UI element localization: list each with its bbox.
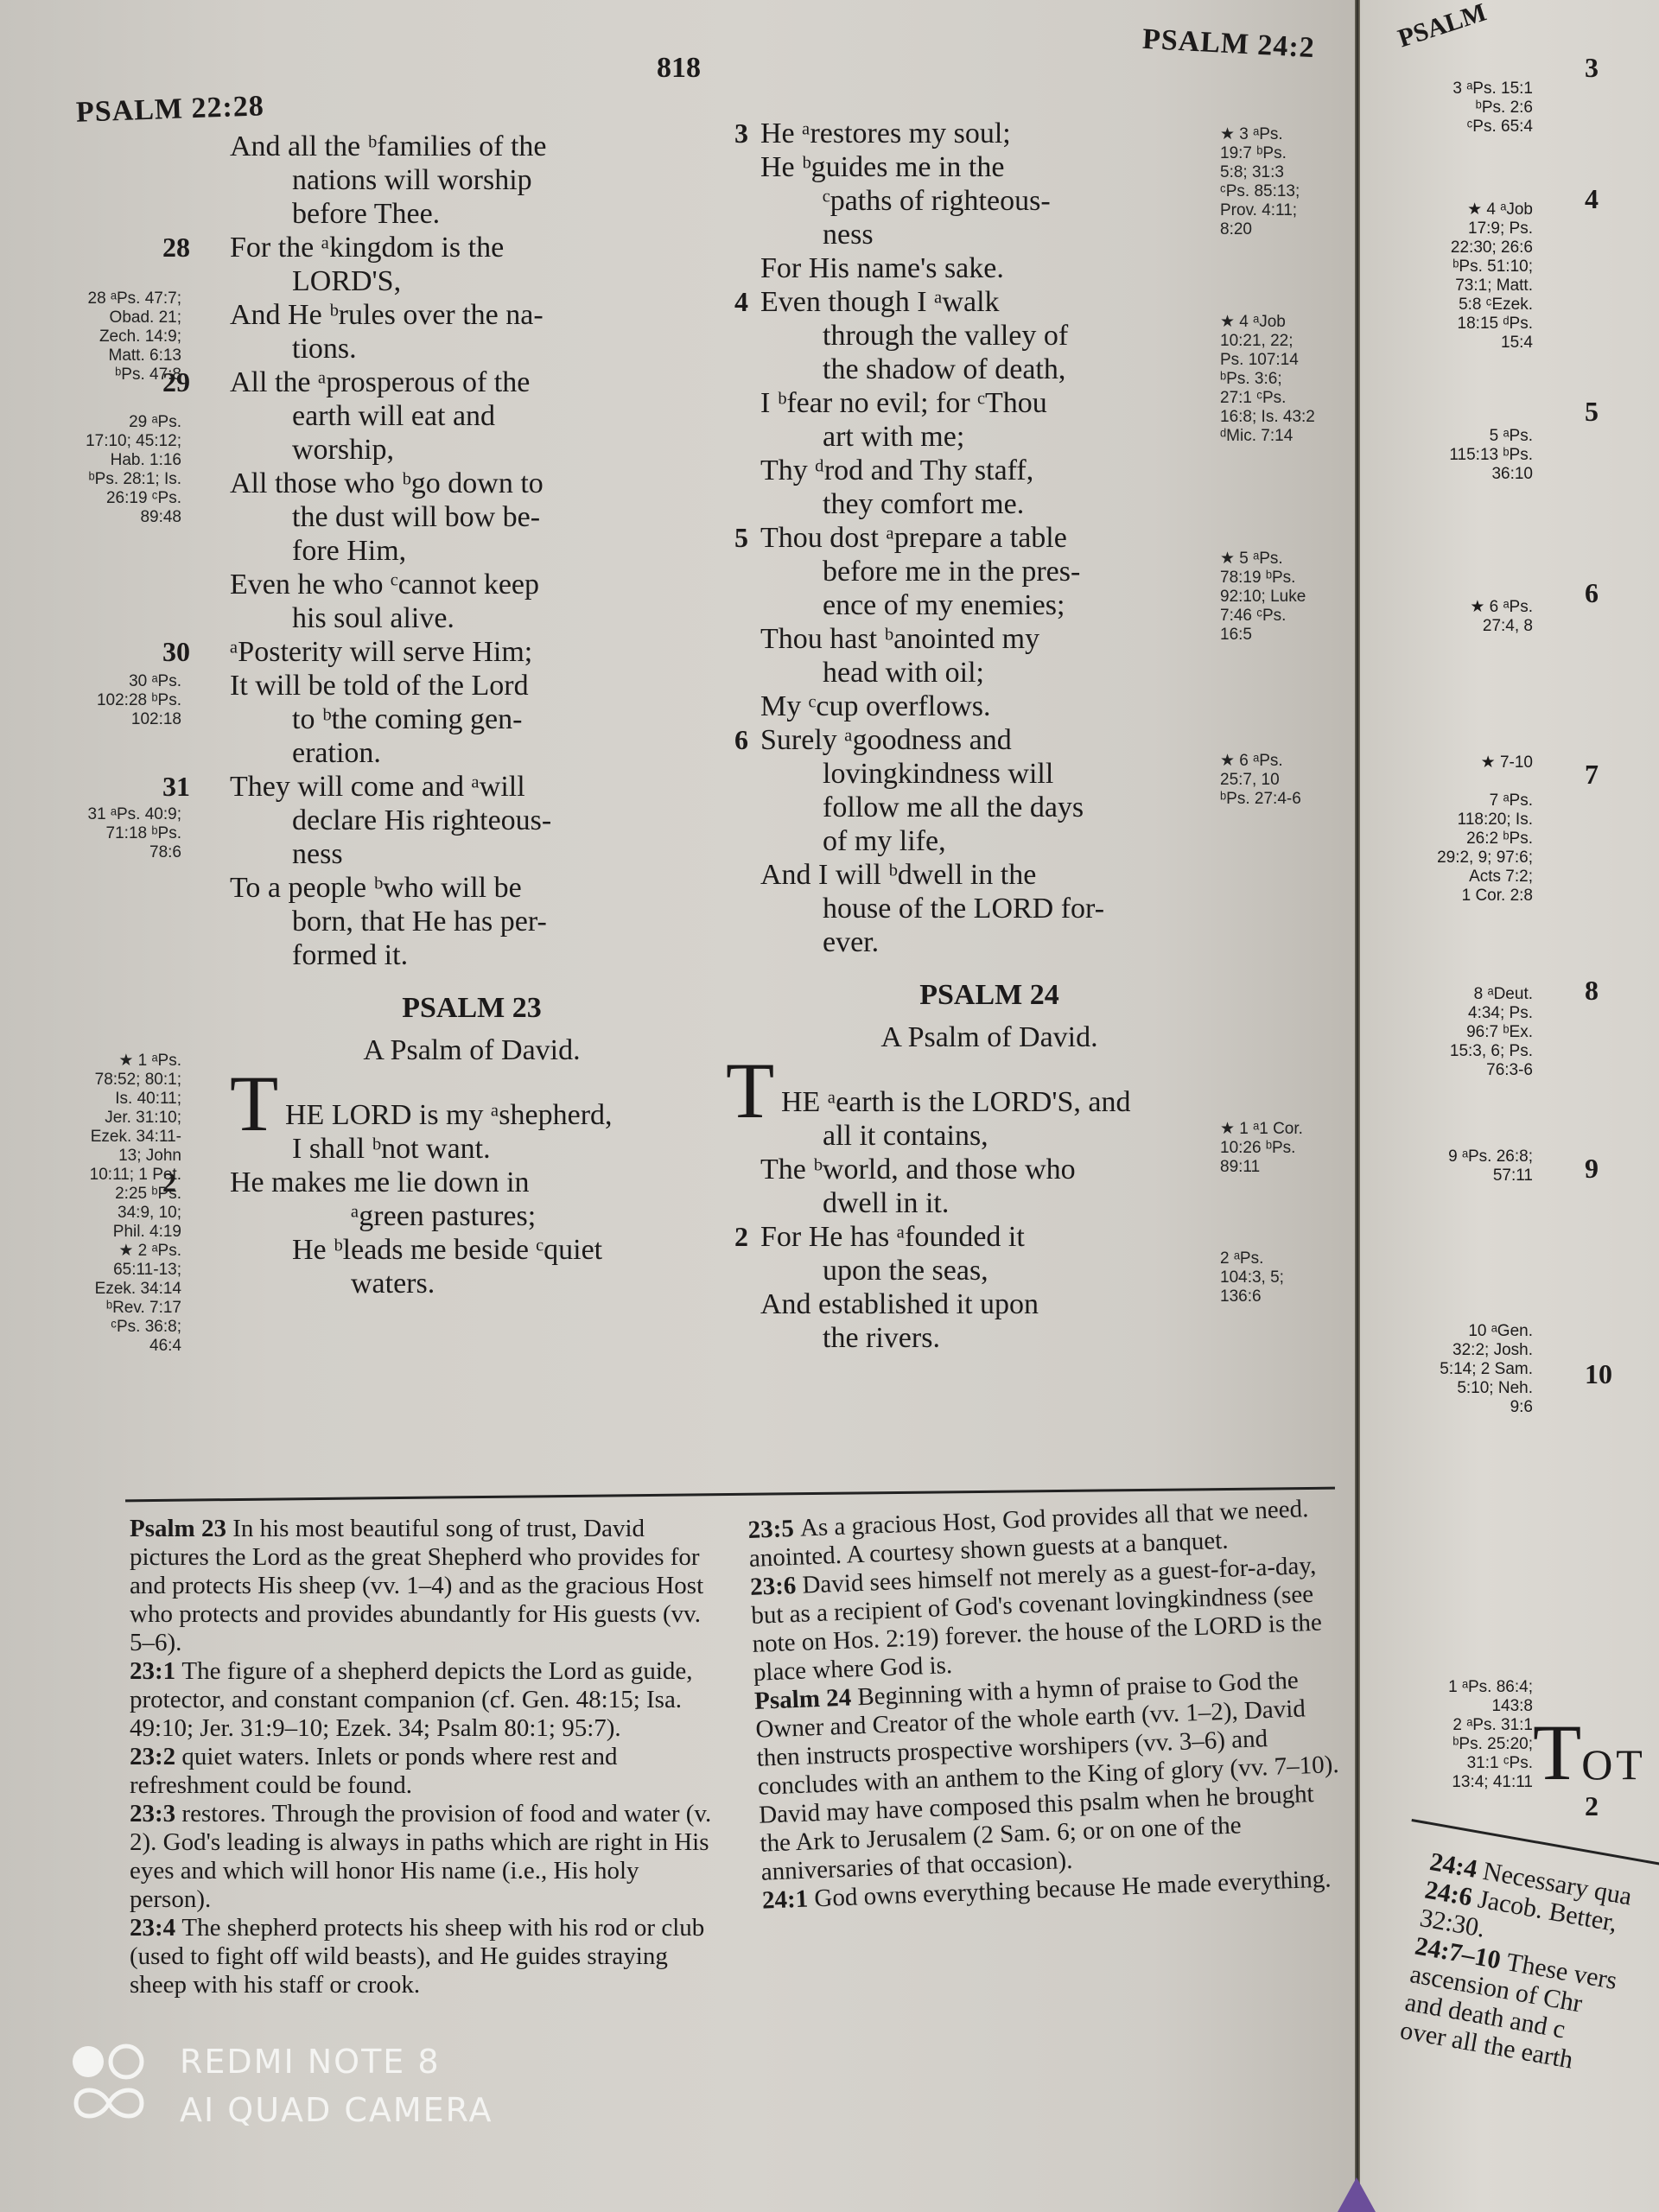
cross-reference: 22:30; 26:6	[1395, 238, 1533, 257]
cross-reference-block: ★ 7-10	[1395, 753, 1533, 772]
cross-reference: ★ 1 ᵃ1 Cor.	[1220, 1120, 1350, 1139]
note-reference: 23:5	[747, 1515, 801, 1544]
verse-text: And all the ᵇfamilies of the	[230, 130, 546, 162]
cross-reference: 1 ᵃPs. 86:4;	[1395, 1678, 1533, 1697]
cross-reference: 5 ᵃPs.	[1395, 427, 1533, 446]
verse-text: ᵃgreen pastures;	[351, 1200, 536, 1232]
cross-reference: 71:18 ᵇPs.	[52, 824, 181, 843]
verse-number: 3	[734, 117, 748, 150]
verse-text: I shall ᵇnot want.	[292, 1133, 491, 1165]
verse-number: 30	[162, 635, 190, 669]
verse-line: Thy ᵈrod and Thy staff,	[760, 454, 1218, 487]
verse-text: the dust will bow be-	[292, 501, 540, 533]
verse-text: they comfort me.	[823, 488, 1024, 520]
scripture-column-left: And all the ᵇfamilies of thenations will…	[230, 130, 714, 1300]
verse-text: declare His righteous-	[292, 804, 551, 836]
cross-reference: 32:2; Josh.	[1395, 1341, 1533, 1360]
study-note: Psalm 24 Beginning with a hymn of praise…	[754, 1665, 1353, 1887]
cross-reference: ᶜPs. 85:13;	[1220, 182, 1350, 201]
cross-reference: 27:1 ᶜPs.	[1220, 389, 1350, 408]
right-page: PSALM TOT 24:4 Necessary qua24:6 Jacob. …	[1360, 0, 1659, 2212]
cross-reference: 78:6	[52, 843, 181, 862]
cross-reference: 5:8; 31:3	[1220, 163, 1350, 182]
drop-cap-rest: OT	[1581, 1740, 1646, 1789]
verse-text: of my life,	[823, 825, 946, 857]
cross-reference: ★ 4 ᵃJob	[1395, 200, 1533, 219]
verse-text: follow me all the days	[823, 791, 1084, 823]
note-text: The figure of a shepherd depicts the Lor…	[130, 1657, 693, 1742]
cross-reference: 1 Cor. 2:8	[1395, 887, 1533, 906]
verse-line: ᵃgreen pastures;	[230, 1199, 714, 1233]
cross-reference: 13; John	[52, 1147, 181, 1166]
running-head-right: PSALM 24:2	[1141, 23, 1316, 65]
cross-reference: ᵇRev. 7:17	[52, 1299, 181, 1318]
verse-line: dwell in it.	[760, 1186, 1218, 1220]
cross-reference: 5:8 ᶜEzek.	[1395, 296, 1533, 315]
note-reference: Psalm 24	[754, 1683, 858, 1715]
scripture-column-middle: 3He ᵃrestores my soul;He ᵇguides me in t…	[760, 117, 1218, 1355]
verse-text: nations will worship	[292, 164, 532, 196]
watermark-model: REDMI NOTE 8	[180, 2043, 441, 2081]
cross-reference: 17:10; 45:12;	[52, 432, 181, 451]
cross-reference: 102:28 ᵇPs.	[52, 691, 181, 710]
verse-text: art with me;	[823, 421, 964, 453]
verse-number: 10	[1585, 1358, 1612, 1390]
verse-text: born, that He has per-	[292, 906, 547, 938]
verse-text: And He ᵇrules over the na-	[230, 299, 543, 331]
note-reference: 23:2	[130, 1743, 181, 1770]
cross-reference: 65:11-13;	[52, 1261, 181, 1280]
cross-reference: 73:1; Matt.	[1395, 276, 1533, 296]
cross-reference: 4:34; Ps.	[1395, 1004, 1533, 1023]
cross-reference: ᵇPs. 51:10;	[1395, 257, 1533, 276]
verse-text: Even though I ᵃwalk	[760, 286, 1000, 318]
verse-line: declare His righteous-	[230, 804, 714, 837]
verse-text: house of the LORD for-	[823, 893, 1104, 925]
verse-line: 2He makes me lie down in	[230, 1166, 714, 1199]
cross-reference-block: ★ 1 ᵃ1 Cor.10:26 ᵇPs.89:11	[1220, 1120, 1350, 1177]
verse-number: 4	[1585, 183, 1599, 215]
verse-text: ence of my enemies;	[823, 589, 1065, 621]
cross-reference-block: 30 ᵃPs.102:28 ᵇPs.102:18	[52, 672, 181, 729]
verse-line: earth will eat and	[230, 399, 714, 433]
verse-line: I shall ᵇnot want.	[230, 1132, 714, 1166]
verse-line: house of the LORD for-	[760, 892, 1218, 925]
note-text: David sees himself not merely as a guest…	[751, 1552, 1323, 1687]
verse-number: 28	[162, 231, 190, 264]
verse-line: fore Him,	[230, 534, 714, 568]
verse-text: He ᵃrestores my soul;	[760, 118, 1011, 149]
cross-reference: 115:13 ᵇPs.	[1395, 446, 1533, 465]
verse-line: they comfort me.	[760, 487, 1218, 521]
spacer	[760, 1070, 1218, 1085]
verse-number: 7	[1585, 759, 1599, 791]
verse-line: 5Thou dost ᵃprepare a table	[760, 521, 1218, 555]
cross-reference: Hab. 1:16	[52, 451, 181, 470]
verse-line: the shadow of death,	[760, 353, 1218, 386]
verse-line: the rivers.	[760, 1321, 1218, 1355]
cross-reference: 92:10; Luke	[1220, 588, 1350, 607]
cross-reference: ᵇPs. 3:6;	[1220, 370, 1350, 389]
note-reference: Psalm 23	[130, 1515, 232, 1542]
verse-number: 2	[734, 1220, 748, 1254]
study-notes-left: Psalm 23 In his most beautiful song of t…	[130, 1515, 717, 1999]
cross-reference: 16:5	[1220, 626, 1350, 645]
verse-text: Thou hast ᵇanointed my	[760, 623, 1039, 655]
cross-reference-block: 2 ᵃPs.104:3, 5;136:6	[1220, 1249, 1350, 1306]
verse-text: Thou dost ᵃprepare a table	[760, 522, 1067, 554]
cross-reference: ᵇPs. 47:8	[52, 365, 181, 385]
verse-text: lovingkindness will	[823, 758, 1053, 790]
verse-text: the rivers.	[823, 1322, 940, 1354]
cross-reference: 29 ᵃPs.	[52, 413, 181, 432]
cross-reference: 96:7 ᵇEx.	[1395, 1023, 1533, 1042]
verse-line: I ᵇfear no evil; for ᶜThou	[760, 386, 1218, 420]
cross-reference: 2 ᵃPs. 31:1	[1395, 1716, 1533, 1735]
verse-text: LORD'S,	[292, 265, 401, 297]
verse-text: dwell in it.	[823, 1187, 949, 1219]
cross-reference: 27:4, 8	[1395, 617, 1533, 636]
cross-reference: 9 ᵃPs. 26:8;	[1395, 1147, 1533, 1166]
cross-reference: 15:3, 6; Ps.	[1395, 1042, 1533, 1061]
cross-reference: 8 ᵃDeut.	[1395, 985, 1533, 1004]
verse-text: his soul alive.	[292, 602, 454, 634]
cross-reference-block: ★ 4 ᵃJob10:21, 22;Ps. 107:14ᵇPs. 3:6;27:…	[1220, 313, 1350, 446]
cross-reference: 15:4	[1395, 334, 1533, 353]
verse-text: They will come and ᵃwill	[230, 771, 525, 803]
cross-reference-block: ★ 1 ᵃPs.78:52; 80:1;Is. 40:11;Jer. 31:10…	[52, 1052, 181, 1356]
cross-reference: ★ 3 ᵃPs.	[1220, 125, 1350, 144]
verse-text: He ᵇguides me in the	[760, 151, 1004, 183]
verse-line: 30ᵃPosterity will serve Him;	[230, 635, 714, 669]
verse-line: ness	[760, 218, 1218, 251]
cross-reference: Ps. 107:14	[1220, 351, 1350, 370]
cross-reference: 89:11	[1220, 1158, 1350, 1177]
verse-text: before Thee.	[292, 198, 440, 230]
cross-reference: 26:2 ᵇPs.	[1395, 829, 1533, 849]
verse-line: 2For He has ᵃfounded it	[760, 1220, 1218, 1254]
verse-line: 31They will come and ᵃwill	[230, 770, 714, 804]
cross-reference: 118:20; Is.	[1395, 810, 1533, 829]
verse-line: eration.	[230, 736, 714, 770]
note-reference: 23:6	[750, 1572, 804, 1601]
verse-text: upon the seas,	[823, 1255, 988, 1287]
study-note: 23:1 The figure of a shepherd depicts th…	[130, 1657, 717, 1743]
cross-reference-block: ★ 3 ᵃPs.19:7 ᵇPs.5:8; 31:3ᶜPs. 85:13;Pro…	[1220, 125, 1350, 239]
drop-cap-letter: T	[1533, 1708, 1581, 1796]
verse-text: My ᶜcup overflows.	[760, 690, 991, 722]
verse-number: 9	[1585, 1153, 1599, 1185]
cross-reference: 10:11; 1 Pet.	[52, 1166, 181, 1185]
verse-number: 8	[1585, 975, 1599, 1007]
watermark-camera: AI QUAD CAMERA	[180, 2091, 493, 2129]
cross-reference: 26:19 ᶜPs.	[52, 489, 181, 508]
cross-reference: ᵇPs. 28:1; Is.	[52, 470, 181, 489]
verse-line: to ᵇthe coming gen-	[230, 702, 714, 736]
footnote-divider	[125, 1487, 1335, 1503]
verse-text: For His name's sake.	[760, 252, 1004, 284]
verse-text: eration.	[292, 737, 381, 769]
cross-reference-block: 5 ᵃPs.115:13 ᵇPs.36:10	[1395, 427, 1533, 484]
verse-text: waters.	[351, 1268, 435, 1300]
cross-reference: 76:3-6	[1395, 1061, 1533, 1080]
note-reference: 23:3	[130, 1800, 181, 1827]
verse-line: It will be told of the Lord	[230, 669, 714, 702]
verse-text: tions.	[292, 333, 357, 365]
cross-reference-block: ★ 4 ᵃJob17:9; Ps.22:30; 26:6ᵇPs. 51:10;7…	[1395, 200, 1533, 353]
verse-number: 6	[734, 723, 748, 757]
verse-text: All the ᵃprosperous of the	[230, 366, 530, 398]
cross-reference: 7 ᵃPs.	[1395, 791, 1533, 810]
psalm-superscription: A Psalm of David.	[760, 1020, 1218, 1054]
verse-text: ᵃPosterity will serve Him;	[230, 636, 532, 668]
study-note: 23:3 restores. Through the provision of …	[130, 1800, 717, 1914]
verse-line: He ᵇguides me in the	[760, 150, 1218, 184]
verse-line: ence of my enemies;	[760, 588, 1218, 622]
cross-reference-block: ★ 6 ᵃPs.27:4, 8	[1395, 598, 1533, 636]
verse-line: of my life,	[760, 824, 1218, 858]
study-notes-middle: 23:5 As a gracious Host, God provides al…	[747, 1494, 1354, 1916]
cross-reference: 10 ᵃGen.	[1395, 1322, 1533, 1341]
cross-reference: 25:7, 10	[1220, 771, 1350, 790]
cross-reference: 136:6	[1220, 1287, 1350, 1306]
psalm-heading: PSALM 24	[760, 978, 1218, 1012]
verse-line: waters.	[230, 1267, 714, 1300]
verse-text: through the valley of	[823, 320, 1068, 352]
cross-reference: 78:19 ᵇPs.	[1220, 569, 1350, 588]
cross-reference: 18:15 ᵈPs.	[1395, 315, 1533, 334]
cross-reference: ★ 4 ᵃJob	[1220, 313, 1350, 332]
note-reference: 23:4	[130, 1914, 181, 1942]
verse-text: Even he who ᶜcannot keep	[230, 569, 539, 601]
verse-text: Thy ᵈrod and Thy staff,	[760, 454, 1033, 486]
verse-text: fore Him,	[292, 535, 406, 567]
cross-reference: 16:8; Is. 43:2	[1220, 408, 1350, 427]
verse-line: 29All the ᵃprosperous of the	[230, 365, 714, 399]
verse-line: head with oil;	[760, 656, 1218, 690]
verse-text: HE ᵃearth is the LORD'S, and	[781, 1086, 1130, 1118]
verse-text: For the ᵃkingdom is the	[230, 232, 504, 264]
cross-reference: Ezek. 34:14	[52, 1280, 181, 1299]
verse-number: 2	[1585, 1790, 1599, 1822]
cross-reference-block: 8 ᵃDeut.4:34; Ps.96:7 ᵇEx.15:3, 6; Ps.76…	[1395, 985, 1533, 1080]
verse-text: ness	[292, 838, 343, 870]
verse-line: And all the ᵇfamilies of the	[230, 130, 714, 163]
verse-text: I ᵇfear no evil; for ᶜThou	[760, 387, 1047, 419]
verse-number: 3	[1585, 52, 1599, 84]
verse-line: follow me all the days	[760, 791, 1218, 824]
verse-line: all it contains,	[760, 1119, 1218, 1153]
verse-text: worship,	[292, 434, 394, 466]
verse-line: THE LORD is my ᵃshepherd,	[230, 1098, 714, 1132]
cross-reference: ᶜPs. 65:4	[1395, 118, 1533, 137]
verse-text: formed it.	[292, 939, 408, 971]
cross-reference: 19:7 ᵇPs.	[1220, 144, 1350, 163]
cross-reference: 104:3, 5;	[1220, 1268, 1350, 1287]
verse-line: his soul alive.	[230, 601, 714, 635]
cross-reference: 36:10	[1395, 465, 1533, 484]
verse-number: 4	[734, 285, 748, 319]
cross-reference: 34:9, 10;	[52, 1204, 181, 1223]
verse-text: The ᵇworld, and those who	[760, 1154, 1076, 1185]
cross-reference: 57:11	[1395, 1166, 1533, 1185]
verse-line: the dust will bow be-	[230, 500, 714, 534]
running-head-left: PSALM 22:28	[75, 90, 264, 130]
cross-reference: Prov. 4:11;	[1220, 201, 1350, 220]
cross-reference-block: 3 ᵃPs. 15:1ᵇPs. 2:6ᶜPs. 65:4	[1395, 79, 1533, 137]
verse-line: born, that He has per-	[230, 905, 714, 938]
verse-line: LORD'S,	[230, 264, 714, 298]
verse-text: all it contains,	[823, 1120, 988, 1152]
cross-reference: ★ 2 ᵃPs.	[52, 1242, 181, 1261]
note-text: restores. Through the provision of food …	[130, 1800, 711, 1913]
cross-reference: ★ 7-10	[1395, 753, 1533, 772]
verse-line: He ᵇleads me beside ᶜquiet	[230, 1233, 714, 1267]
cross-reference: Obad. 21;	[52, 308, 181, 327]
cross-reference: ★ 6 ᵃPs.	[1220, 752, 1350, 771]
cross-reference: ★ 6 ᵃPs.	[1395, 598, 1533, 617]
verse-line: upon the seas,	[760, 1254, 1218, 1287]
verse-line: My ᶜcup overflows.	[760, 690, 1218, 723]
note-text: quiet waters. Inlets or ponds where rest…	[130, 1743, 618, 1799]
cross-reference-block: 1 ᵃPs. 86:4;143:82 ᵃPs. 31:1ᵇPs. 25:20;3…	[1395, 1678, 1533, 1792]
verse-text: before me in the pres-	[823, 556, 1080, 588]
verse-text: earth will eat and	[292, 400, 495, 432]
verse-text: ness	[823, 219, 874, 251]
cross-reference: 2:25 ᵇPs.	[52, 1185, 181, 1204]
cross-reference: 13:4; 41:11	[1395, 1773, 1533, 1792]
cross-reference: 2 ᵃPs.	[1220, 1249, 1350, 1268]
verse-line: tions.	[230, 332, 714, 365]
cross-reference-block: ★ 5 ᵃPs.78:19 ᵇPs.92:10; Luke7:46 ᶜPs.16…	[1220, 550, 1350, 645]
cross-reference: 3 ᵃPs. 15:1	[1395, 79, 1533, 99]
verse-line: worship,	[230, 433, 714, 467]
cross-reference: 31 ᵃPs. 40:9;	[52, 805, 181, 824]
cross-reference: Phil. 4:19	[52, 1223, 181, 1242]
cross-reference-block: 31 ᵃPs. 40:9;71:18 ᵇPs.78:6	[52, 805, 181, 862]
cross-reference: Jer. 31:10;	[52, 1109, 181, 1128]
running-head-right-page: PSALM	[1395, 0, 1490, 54]
cross-reference: Ezek. 34:11-	[52, 1128, 181, 1147]
verse-text: the shadow of death,	[823, 353, 1065, 385]
cross-reference: 9:6	[1395, 1398, 1533, 1417]
verse-text: head with oil;	[823, 657, 984, 689]
verse-line: ever.	[760, 925, 1218, 959]
verse-text: He makes me lie down in	[230, 1166, 530, 1198]
study-note: 23:4 The shepherd protects his sheep wit…	[130, 1914, 717, 1999]
drop-cap: TOT	[1533, 1707, 1646, 1798]
page-number: 818	[657, 52, 701, 85]
verse-number: 31	[162, 770, 190, 804]
cross-reference: 5:14; 2 Sam.	[1395, 1360, 1533, 1379]
verse-number: 6	[1585, 577, 1599, 609]
verse-line: To a people ᵇwho will be	[230, 871, 714, 905]
verse-line: before me in the pres-	[760, 555, 1218, 588]
cross-reference: ★ 5 ᵃPs.	[1220, 550, 1350, 569]
verse-line: Thou hast ᵇanointed my	[760, 622, 1218, 656]
verse-line: through the valley of	[760, 319, 1218, 353]
verse-text: For He has ᵃfounded it	[760, 1221, 1025, 1253]
note-reference: 24:1	[761, 1885, 815, 1914]
verse-line: 6Surely ᵃgoodness and	[760, 723, 1218, 757]
verse-line: The ᵇworld, and those who	[760, 1153, 1218, 1186]
verse-text: All those who ᵇgo down to	[230, 467, 543, 499]
cross-reference: 31:1 ᶜPs.	[1395, 1754, 1533, 1773]
cross-reference: ★ 1 ᵃPs.	[52, 1052, 181, 1071]
verse-line: Even he who ᶜcannot keep	[230, 568, 714, 601]
note-text: The shepherd protects his sheep with his…	[130, 1914, 704, 1999]
cross-reference-block: 28 ᵃPs. 47:7;Obad. 21;Zech. 14:9;Matt. 6…	[52, 289, 181, 385]
cross-reference: 102:18	[52, 710, 181, 729]
cross-reference: ᵇPs. 25:20;	[1395, 1735, 1533, 1754]
verse-text: He ᵇleads me beside ᶜquiet	[292, 1234, 602, 1266]
cross-reference: ᶜPs. 36:8;	[52, 1318, 181, 1337]
cross-reference: 28 ᵃPs. 47:7;	[52, 289, 181, 308]
cross-reference: 30 ᵃPs.	[52, 672, 181, 691]
verse-line: For His name's sake.	[760, 251, 1218, 285]
cross-reference: 10:26 ᵇPs.	[1220, 1139, 1350, 1158]
cross-reference: ᵇPs. 2:6	[1395, 99, 1533, 118]
verse-line: And He ᵇrules over the na-	[230, 298, 714, 332]
cross-reference: 17:9; Ps.	[1395, 219, 1533, 238]
cross-reference: 7:46 ᶜPs.	[1220, 607, 1350, 626]
verse-line: And established it upon	[760, 1287, 1218, 1321]
verse-line: 4Even though I ᵃwalk	[760, 285, 1218, 319]
cross-reference: Is. 40:11;	[52, 1090, 181, 1109]
spacer	[230, 1083, 714, 1098]
psalm-heading: PSALM 23	[230, 991, 714, 1025]
verse-text: And established it upon	[760, 1288, 1039, 1320]
cross-reference-block: 7 ᵃPs.118:20; Is.26:2 ᵇPs.29:2, 9; 97:6;…	[1395, 791, 1533, 906]
verse-text: To a people ᵇwho will be	[230, 872, 522, 904]
verse-line: THE ᵃearth is the LORD'S, and	[726, 1085, 1218, 1119]
cross-reference: 46:4	[52, 1337, 181, 1356]
cross-reference: 89:48	[52, 508, 181, 527]
cross-reference-block: 10 ᵃGen.32:2; Josh.5:14; 2 Sam.5:10; Neh…	[1395, 1322, 1533, 1417]
verse-text: ᶜpaths of righteous-	[823, 185, 1051, 217]
cross-reference: 143:8	[1395, 1697, 1533, 1716]
verse-number: 5	[1585, 396, 1599, 428]
cross-reference-block: ★ 6 ᵃPs.25:7, 10ᵇPs. 27:4-6	[1220, 752, 1350, 809]
cross-reference: 8:20	[1220, 220, 1350, 239]
cross-reference: ᵈMic. 7:14	[1220, 427, 1350, 446]
study-note: 23:6 David sees himself not merely as a …	[750, 1551, 1346, 1688]
camera-lens-logo-icon	[69, 2043, 149, 2122]
cross-reference: Acts 7:2;	[1395, 868, 1533, 887]
verse-line: ᶜpaths of righteous-	[760, 184, 1218, 218]
note-reference: 23:1	[130, 1657, 181, 1685]
verse-text: It will be told of the Lord	[230, 670, 529, 702]
verse-line: nations will worship	[230, 163, 714, 197]
verse-line: All those who ᵇgo down to	[230, 467, 714, 500]
cross-reference: ᵇPs. 27:4-6	[1220, 790, 1350, 809]
verse-text: ever.	[823, 926, 879, 958]
left-page: PSALM 22:28 818 PSALM 24:2 And all the ᵇ…	[0, 0, 1357, 2212]
verse-line: And I will ᵇdwell in the	[760, 858, 1218, 892]
verse-line: 3He ᵃrestores my soul;	[760, 117, 1218, 150]
cross-reference: Zech. 14:9;	[52, 327, 181, 346]
study-note: Psalm 23 In his most beautiful song of t…	[130, 1515, 717, 1657]
verse-number: 5	[734, 521, 748, 555]
verse-line: before Thee.	[230, 197, 714, 231]
verse-line: formed it.	[230, 938, 714, 972]
study-notes-right: 24:4 Necessary qua24:6 Jacob. Better,32:…	[1398, 1847, 1634, 2080]
cross-reference: 29:2, 9; 97:6;	[1395, 849, 1533, 868]
verse-line: art with me;	[760, 420, 1218, 454]
psalm-superscription: A Psalm of David.	[230, 1033, 714, 1067]
cross-reference-block: 9 ᵃPs. 26:8;57:11	[1395, 1147, 1533, 1185]
verse-text: Surely ᵃgoodness and	[760, 724, 1012, 756]
